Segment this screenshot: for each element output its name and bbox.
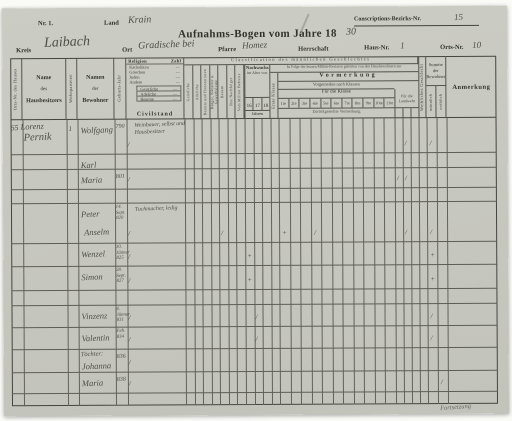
classification-column-label: Geistliche — [184, 65, 192, 119]
birth-date-handwriting: 14. Sept. 820 — [116, 204, 130, 221]
tally-mark: / — [256, 313, 258, 321]
tally-mark: + — [247, 276, 252, 284]
klasse-cell: 6te — [331, 99, 342, 108]
conscription-district-value-handwriting: 15 — [454, 12, 463, 22]
landwehr-box: Für die Landwehr — [394, 89, 418, 108]
classification-column-header: Bürger, Künstler u. Gewerbsleute — [210, 65, 219, 119]
classification-column-label: Bürger, Künstler u. Gewerbsleute — [210, 65, 218, 119]
party-count-handwriting: 1 — [68, 125, 72, 133]
tally-mark: / — [397, 174, 399, 182]
col-header-residents: Namen der Bewohner — [77, 58, 114, 120]
stand-row-value: — — [173, 96, 177, 101]
religion-tally-rows: Katholiken—Griechen—Juden—Andere— — [126, 64, 183, 84]
tally-mark: / — [128, 141, 130, 149]
sum-of-residents-header: Summe der Bewohner — [426, 56, 446, 86]
tally-mark: / — [129, 314, 131, 322]
table-row: PeterAnselm14. Sept. 820Tuchmacher, ledi… — [11, 202, 497, 245]
col-header-civil-status-box: Religion Zahl Katholiken—Griechen—Juden—… — [126, 57, 184, 119]
form-title-year-handwriting: 30 — [346, 26, 356, 37]
klasse-cell: 2te — [288, 99, 299, 108]
tally-mark: / — [430, 228, 432, 236]
civil-status-handwriting: Weinbauer, selbst und Hausbesitzer — [134, 120, 204, 136]
pfarre-value-handwriting: Homez — [242, 40, 267, 51]
resident-name-handwriting: Valentin — [81, 332, 109, 343]
table-row: Töchter:Johanna836/ — [12, 348, 498, 374]
table-body: 65LorenzPernik1Wolfgang790Weinbauer, sel… — [11, 118, 498, 407]
religion-row-label: Andere — [129, 80, 142, 85]
kreis-value-handwriting: Laibach — [44, 34, 90, 52]
tally-mark: / — [129, 336, 131, 344]
pfarre-label: Pfarre — [218, 46, 236, 53]
klasse-cell: 11te — [384, 98, 395, 107]
nachwuchs-box: Nachwuchs im Alter von 161718 Jahren — [244, 65, 270, 119]
col-header-parties: Wohnparteien — [66, 58, 77, 120]
tally-mark: / — [256, 335, 258, 343]
klasse-cell: 3te — [299, 99, 310, 108]
vormerkung-first-class-col: Erste Klasse — [270, 73, 278, 119]
klasse-cell: 9te — [363, 98, 374, 107]
footer-handwriting: Fortsetzung — [440, 403, 471, 412]
herrschaft-label: Herrschaft — [298, 46, 328, 53]
klasse-cell: 8te — [352, 98, 363, 107]
form-title: Aufnahms-Bogen vom Jahre 18 — [178, 28, 337, 41]
owner-surname-handwriting: Pernik — [23, 132, 51, 144]
landwehr-cell-3 — [410, 108, 418, 118]
classification-column-header: Ihre Nachfolger — [227, 65, 236, 119]
religion-row: Andere— — [126, 79, 183, 84]
col-header-remark: Anmerkung — [446, 56, 496, 118]
classification-column-header: Geistliche — [184, 65, 193, 119]
tally-mark: / — [128, 277, 130, 285]
stand-row-label: Beamte — [140, 96, 153, 101]
resident-name-handwriting: Maria — [81, 174, 103, 185]
klasse-cell: 1te — [278, 99, 288, 108]
birth-date-handwriting: 790 — [115, 124, 128, 130]
classification-column-label: Ihre Nachfolger — [227, 65, 235, 119]
tally-mark: + — [247, 252, 252, 260]
haus-nr-value-handwriting: 1 — [400, 40, 405, 50]
col-header-house-number: Orts-Nr. des Hauses — [10, 58, 22, 120]
kreis-label: Kreis — [16, 47, 31, 54]
tally-mark: / — [221, 229, 223, 237]
klasse-header-cells: 1te2te3te4te5te6te7te8te9te10te11te — [278, 98, 394, 109]
land-value-handwriting: Krain — [128, 14, 152, 26]
haus-nr-label: Haus-Nr. — [364, 44, 389, 51]
nachwuchs-age: 17 — [253, 98, 261, 110]
civil-status-label: Civilstand — [126, 111, 183, 117]
klasse-cell: 7te — [341, 98, 352, 107]
table-row: Maria838// — [12, 371, 498, 395]
ort-value-handwriting: Gradische bei — [138, 38, 195, 51]
tally-mark: / — [431, 312, 433, 320]
classification-column-header: Bauern — [219, 65, 228, 119]
table-row: Maria801/// — [11, 168, 497, 191]
classification-column-label: Vom Militär Befreite — [236, 65, 244, 119]
tally-mark: / — [405, 174, 407, 182]
tally-mark: + — [282, 229, 287, 237]
stand-row: Beamte— — [137, 96, 180, 101]
col-header-birthyear: Geburts-Jahr — [114, 58, 126, 120]
sum-subcolumns: männlichweiblich — [426, 86, 446, 118]
resident-name-handwriting: Peter — [81, 208, 100, 219]
tally-mark: / — [430, 139, 432, 147]
sum-subcolumn-label: männlich — [426, 86, 435, 118]
orts-nr-label: Orts-Nr. — [440, 44, 463, 51]
tally-mark: / — [128, 230, 130, 238]
sum-subcolumn: weiblich — [435, 86, 445, 118]
tally-mark: / — [128, 176, 130, 184]
table-row: Simon28. Sept. 827/++ — [11, 265, 497, 292]
resident-name-handwriting: Karl — [81, 160, 97, 171]
stand-tally-rows: Geistliche—Adeliche—Beamte— — [136, 85, 181, 101]
vormerkung-title: Vormerkung — [278, 72, 418, 82]
tally-mark: / — [441, 378, 443, 386]
tally-mark: / — [314, 229, 316, 237]
house-number-handwriting: 65 — [10, 123, 18, 132]
owner-first-name-handwriting: Lorenz — [20, 121, 44, 132]
tally-mark: + — [430, 251, 435, 259]
ort-label: Ort — [122, 47, 132, 54]
tally-mark: / — [431, 334, 433, 342]
resident-name-handwriting: Simon — [81, 271, 103, 282]
classification-column-label: Adeliche — [193, 65, 201, 119]
scanned-document-scene: Nr. 1. Land Krain Conscriptions-Bezirks-… — [0, 0, 512, 421]
tally-mark: / — [129, 380, 131, 388]
landwehr-cell-2 — [402, 108, 410, 118]
resident-name-handwriting: Maria — [82, 377, 104, 388]
nachwuchs-age: 16 — [245, 98, 252, 110]
resident-name-handwriting: Johanna — [82, 360, 112, 371]
table-row: ValentinFeb. 834/// — [12, 326, 498, 351]
klasse-cell: 4te — [309, 99, 320, 108]
tally-mark: / — [128, 253, 130, 261]
classification-column-header: Adeliche — [193, 65, 202, 119]
group-label-handwriting: Töchter: — [81, 350, 104, 358]
table-row: 65LorenzPernik1Wolfgang790Weinbauer, sel… — [11, 118, 497, 156]
table-row: Wenzel10. Jänner 825/++ — [11, 242, 497, 268]
classification-column-header: Vom Militär Befreite — [236, 65, 245, 119]
tally-mark: / — [405, 139, 407, 147]
land-label: Land — [104, 20, 119, 27]
classification-column-header: Beamte und Honoratioren — [201, 65, 210, 119]
col-header-owner: Name des Hausbesitzers — [22, 58, 66, 120]
landwehr-cell-1 — [394, 108, 402, 118]
tally-mark: / — [405, 228, 407, 236]
tally-mark: + — [430, 275, 435, 283]
classification-column-label: Bauern — [219, 65, 227, 119]
orts-nr-value-handwriting: 10 — [472, 40, 481, 50]
resident-name-handwriting: Vinzenz — [81, 310, 107, 321]
civil-status-handwriting: Tuchmacher, ledig — [135, 204, 205, 213]
resident-name-handwriting: Wenzel — [81, 248, 105, 259]
klasse-cell: 10te — [373, 98, 384, 107]
nachwuchs-age-cells: 161718 — [245, 97, 269, 110]
table-row — [12, 392, 498, 407]
sheet-number-label: Nr. 1. — [38, 20, 53, 27]
religion-row-value: — — [176, 79, 180, 84]
resident-name-handwriting: Wolfgang — [80, 124, 113, 135]
vormerkung-bottom-label: Zurückgestellte Vormerkung — [278, 108, 394, 119]
resident-name-2-handwriting: Anselm — [84, 226, 109, 237]
table-row: Vinzenz4. Jänner 831/// — [11, 304, 497, 329]
klasse-cell: 5te — [320, 99, 331, 108]
sum-subcolumn-label: weiblich — [436, 86, 445, 118]
sum-subcolumn: männlich — [426, 86, 435, 118]
classification-column-label: Beamte und Honoratioren — [201, 65, 209, 119]
paper-sheet: Nr. 1. Land Krain Conscriptions-Bezirks-… — [2, 6, 509, 417]
nachwuchs-age: 18 — [261, 98, 269, 110]
tally-mark: / — [129, 359, 131, 367]
